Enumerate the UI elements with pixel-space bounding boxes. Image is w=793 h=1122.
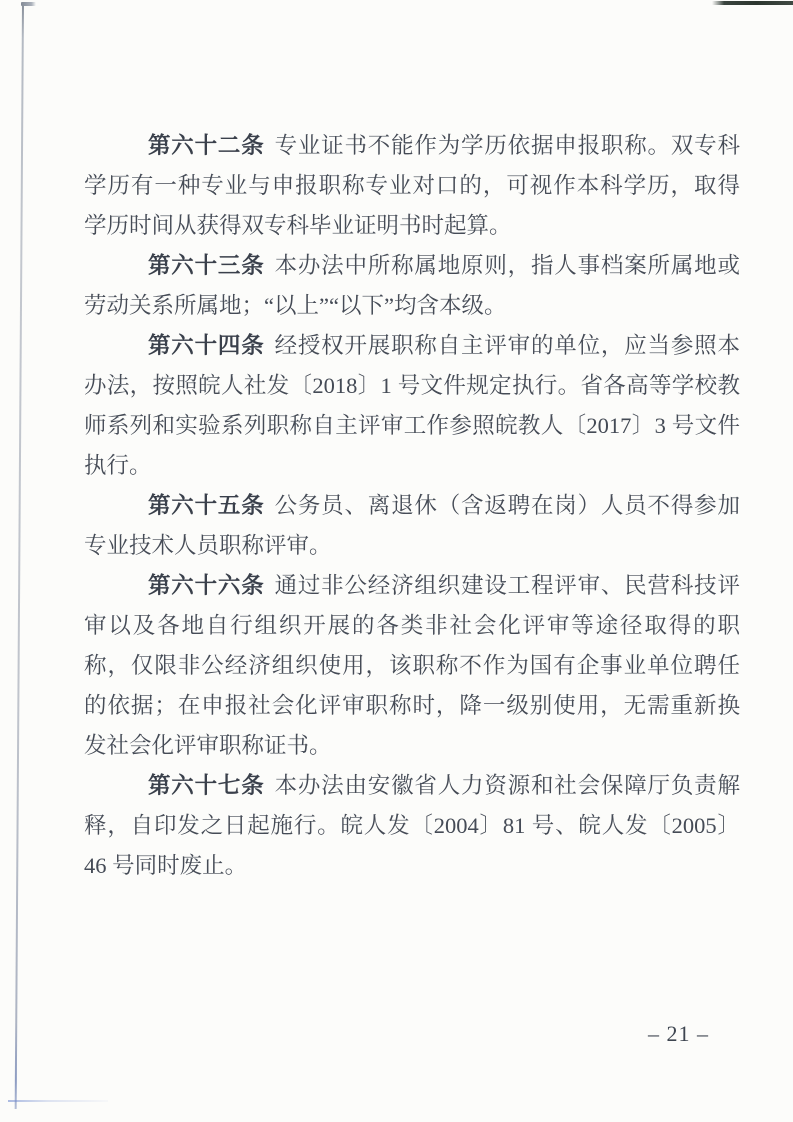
scan-bottom-blue-streak [8, 1100, 108, 1102]
article-heading: 第六十六条 [148, 573, 265, 598]
text-line: 第六十六条通过非公经济组织建设工程评审、民营科技评 [84, 566, 740, 606]
article-heading: 第六十五条 [148, 493, 265, 518]
document-body: 第六十二条专业证书不能作为学历依据申报职称。双专科学历有一种专业与申报职称专业对… [84, 126, 740, 886]
scan-edge-left-line [15, 3, 24, 1109]
text-line: 师系列和实验系列职称自主评审工作参照皖教人〔2017〕3 号文件 [84, 406, 740, 446]
scan-edge-top-left-mark [21, 2, 36, 6]
text-line: 的依据；在申报社会化评审职称时，降一级别使用，无需重新换 [84, 686, 740, 726]
text-line: 第六十五条公务员、离退休（含返聘在岗）人员不得参加 [84, 486, 740, 526]
text-line: 第六十二条专业证书不能作为学历依据申报职称。双专科 [84, 126, 740, 166]
text-line: 学历时间从获得双专科毕业证明书时起算。 [84, 206, 740, 246]
text-line: 学历有一种专业与申报职称专业对口的，可视作本科学历，取得 [84, 166, 740, 206]
text-line: 执行。 [84, 446, 740, 486]
text-line: 46 号同时废止。 [84, 846, 740, 886]
text-line: 第六十四条经授权开展职称自主评审的单位，应当参照本 [84, 326, 740, 366]
text-line: 释，自印发之日起施行。皖人发〔2004〕81 号、皖人发〔2005〕 [84, 806, 740, 846]
text-line: 专业技术人员职称评审。 [84, 526, 740, 566]
text-line: 发社会化评审职称证书。 [84, 726, 740, 766]
article-heading: 第六十二条 [148, 133, 265, 158]
text-line: 第六十七条本办法由安徽省人力资源和社会保障厅负责解 [84, 766, 740, 806]
text-line: 审以及各地自行组织开展的各类非社会化评审等途径取得的职 [84, 606, 740, 646]
article-heading: 第六十四条 [148, 333, 265, 358]
article-heading: 第六十七条 [148, 773, 265, 798]
text-line: 第六十三条本办法中所称属地原则，指人事档案所属地或 [84, 246, 740, 286]
text-line: 称，仅限非公经济组织使用，该职称不作为国有企事业单位聘任 [84, 646, 740, 686]
page-number: – 21 – [648, 1019, 709, 1049]
article-heading: 第六十三条 [148, 253, 265, 278]
scan-edge-top-right-mark [712, 1, 793, 5]
text-line: 办法，按照皖人社发〔2018〕1 号文件规定执行。省各高等学校教 [84, 366, 740, 406]
text-line: 劳动关系所属地；“以上”“以下”均含本级。 [84, 286, 740, 326]
scanned-document-page: 第六十二条专业证书不能作为学历依据申报职称。双专科学历有一种专业与申报职称专业对… [0, 0, 793, 1122]
